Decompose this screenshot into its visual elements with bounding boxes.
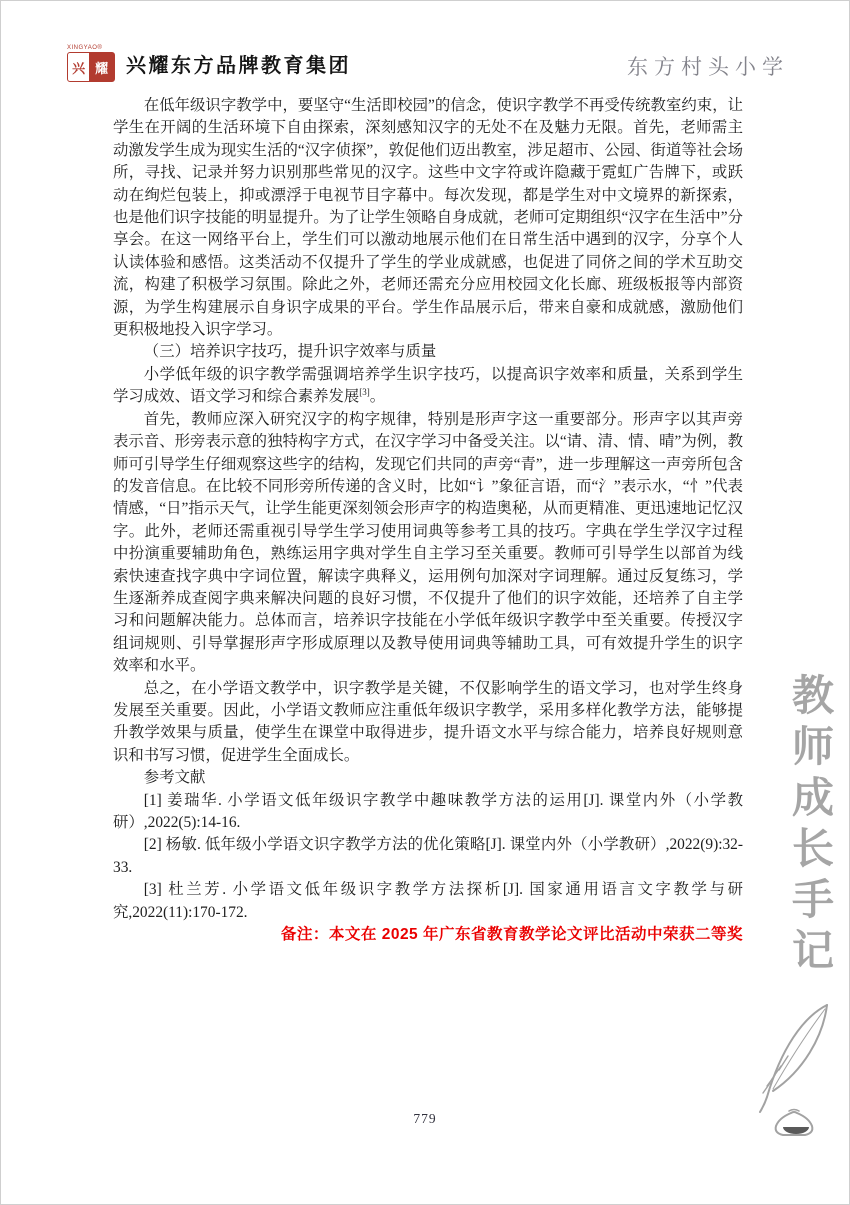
brand-title: 兴耀东方品牌教育集团 <box>126 49 351 78</box>
reference-item: [1] 姜瑞华. 小学语文低年级识字教学中趣味教学方法的运用[J]. 课堂内外（… <box>113 790 743 835</box>
brand-seal-small-text: XINGYAO® <box>67 45 102 52</box>
watermark-teacher-growth-notes: 教师成长手记 <box>779 673 839 988</box>
paragraph: 小学低年级的识字教学需强调培养学生识字技巧，以提高识字效率和质量，关系到学生学习… <box>113 364 743 409</box>
page-header: XINGYAO® 兴 耀 兴耀东方品牌教育集团 东方村头小学 <box>67 45 789 95</box>
section-heading: （三）培养识字技巧，提升识字效率与质量 <box>113 341 743 363</box>
seal-char-left: 兴 <box>68 58 89 77</box>
paragraph: 首先，教师应深入研究汉字的构字规律，特别是形声字这一重要部分。形声字以其声旁表示… <box>113 409 743 678</box>
seal-char-right: 耀 <box>89 58 114 77</box>
brand-seal-icon: 兴 耀 <box>67 52 115 82</box>
references-heading: 参考文献 <box>113 767 743 789</box>
page-number: 779 <box>1 1111 849 1127</box>
paragraph-text: 小学低年级的识字教学需强调培养学生识字技巧，以提高识字效率和质量，关系到学生学习… <box>113 366 743 405</box>
brand-seal-logo: XINGYAO® 兴 耀 <box>67 45 117 82</box>
reference-item: [3] 杜兰芳. 小学语文低年级识字教学方法探析[J]. 国家通用语言文字教学与… <box>113 879 743 924</box>
paragraph: 在低年级识字教学中，要坚守“生活即校园”的信念，使识字教学不再受传统教室约束，让… <box>113 95 743 341</box>
paragraph: 总之，在小学语文教学中，识字教学是关键，不仅影响学生的语文学习，也对学生终身发展… <box>113 678 743 768</box>
paragraph-text: 。 <box>370 388 385 405</box>
article-body: 在低年级识字教学中，要坚守“生活即校园”的信念，使识字教学不再受传统教室约束，让… <box>113 95 743 946</box>
award-note: 备注：本文在 2025 年广东省教育教学论文评比活动中荣获二等奖 <box>113 924 743 946</box>
document-page: XINGYAO® 兴 耀 兴耀东方品牌教育集团 东方村头小学 在低年级识字教学中… <box>0 0 850 1205</box>
school-name: 东方村头小学 <box>627 51 789 81</box>
reference-item: [2] 杨敏. 低年级小学语文识字教学方法的优化策略[J]. 课堂内外（小学教研… <box>113 834 743 879</box>
citation-superscript: [3] <box>359 387 370 397</box>
quill-ink-icon <box>739 1001 839 1151</box>
